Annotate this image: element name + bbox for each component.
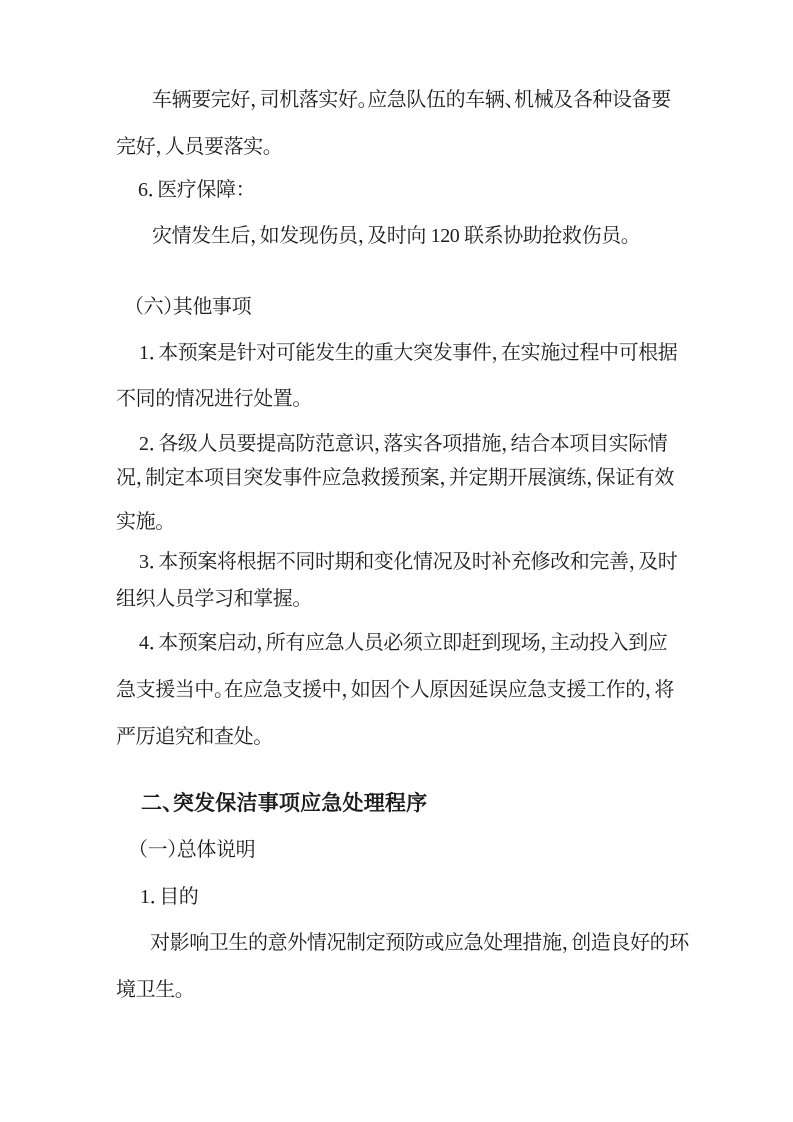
list-item-line: 1．本预案是针对可能发生的重大突发事件，在实施过程中可根据 (139, 342, 677, 364)
body-line: 严厉追究和查处。 (116, 726, 263, 748)
body-line: 急支援当中。在应急支援中，如因个人原因延误应急支援工作的，将 (116, 679, 674, 701)
body-line: 不同的情况进行处置。 (116, 388, 302, 410)
body-line: 灾情发生后，如发现伤员，及时向 120 联系协助抢救伤员。 (152, 225, 630, 247)
body-line: 组织人员学习和掌握。 (116, 588, 302, 610)
list-item-line: 6．医疗保障： (138, 179, 245, 201)
body-line: 况，制定本项目突发事件应急救援预案，并定期开展演练，保证有效 (116, 467, 674, 489)
document-page: 车辆要完好，司机落实好。应急队伍的车辆、机械及各种设备要 完好，人员要落实。 6… (0, 0, 793, 1122)
subsection-heading: （一）总体说明 (138, 839, 255, 861)
body-line: 实施。 (116, 511, 165, 533)
list-item-line: 3．本预案将根据不同时期和变化情况及时补充修改和完善，及时 (139, 551, 677, 573)
body-line: 车辆要完好，司机落实好。应急队伍的车辆、机械及各种设备要 (152, 89, 671, 111)
section-heading: 二、突发保洁事项应急处理程序 (141, 792, 427, 814)
list-item-line: 1．目的 (140, 886, 198, 908)
body-line: 对影响卫生的意外情况制定预防或应急处理措施，创造良好的环 (150, 932, 689, 954)
subsection-heading: （六）其他事项 (134, 296, 251, 318)
list-item-line: 4．本预案启动，所有应急人员必须立即赶到现场，主动投入到应 (139, 632, 667, 654)
body-line: 境卫生。 (116, 979, 184, 1001)
list-item-line: 2．各级人员要提高防范意识，落实各项措施，结合本项目实际情 (139, 433, 667, 455)
body-line: 完好，人员要落实。 (116, 136, 272, 158)
